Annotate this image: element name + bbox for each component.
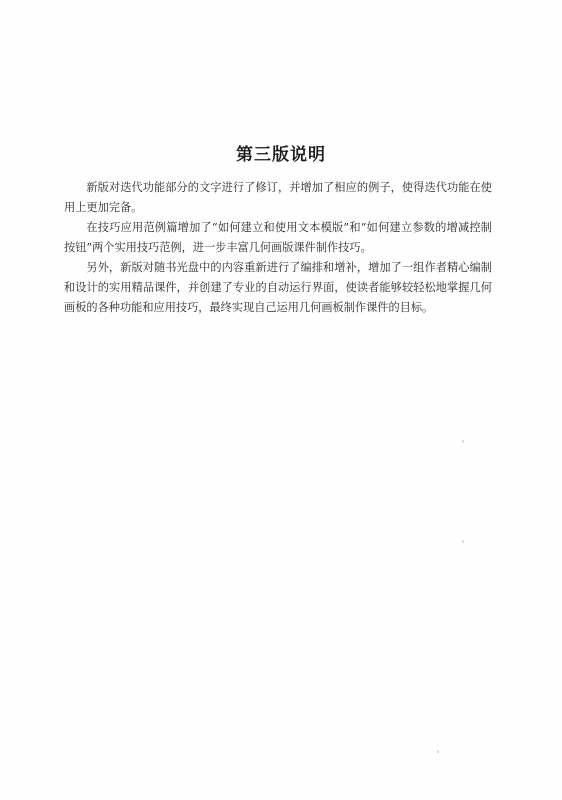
paragraph-2: 在技巧应用范例篇增加了“如何建立和使用文本模版”和“如何建立参数的增减控制按钮”… <box>64 218 492 258</box>
paragraph-3: 另外，新版对随书光盘中的内容重新进行了编排和增补，增加了一组作者精心编制和设计的… <box>64 258 492 318</box>
body-text: 新版对迭代功能部分的文字进行了修订，并增加了相应的例子，使得迭代功能在使用上更加… <box>64 178 492 318</box>
scan-speck <box>437 750 439 753</box>
page-title: 第三版说明 <box>0 140 562 165</box>
scan-speck <box>462 540 464 543</box>
scan-speck <box>462 440 464 443</box>
document-page: 第三版说明 新版对迭代功能部分的文字进行了修订，并增加了相应的例子，使得迭代功能… <box>0 0 562 800</box>
paragraph-1: 新版对迭代功能部分的文字进行了修订，并增加了相应的例子，使得迭代功能在使用上更加… <box>64 178 492 218</box>
